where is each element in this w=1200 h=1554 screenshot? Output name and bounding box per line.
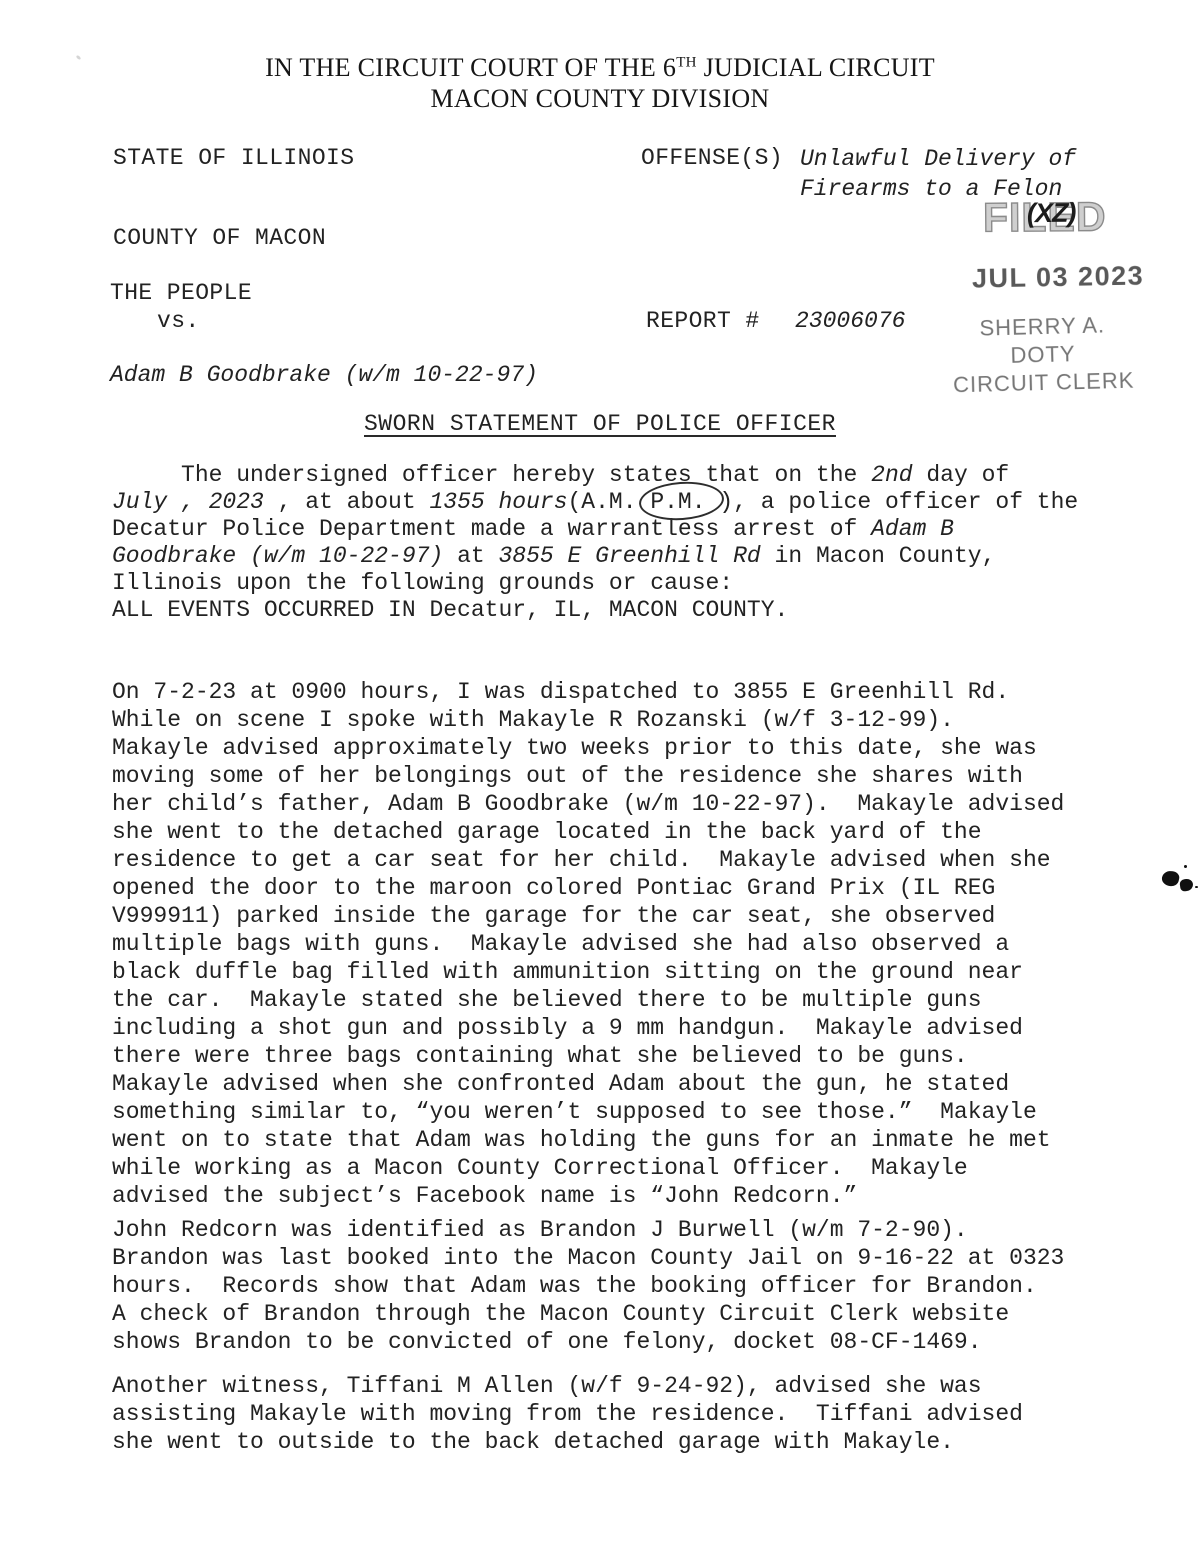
document-page: IN THE CIRCUIT COURT OF THE 6TH JUDICIAL… xyxy=(0,0,1200,1554)
intro-day-value: 2nd xyxy=(871,462,912,488)
narrative-paragraph-2: John Redcorn was identified as Brandon J… xyxy=(112,1216,1122,1356)
filed-stamp: FILED (XZ) xyxy=(983,193,1107,241)
ink-blob xyxy=(1161,869,1181,887)
caption-vs: vs. xyxy=(157,307,200,335)
intro-address-value: 3855 E Greenhill Rd xyxy=(498,543,760,569)
intro-seg-1: The undersigned officer hereby states th… xyxy=(112,462,871,488)
court-title-line1-text: IN THE CIRCUIT COURT OF THE 6 xyxy=(265,53,676,82)
narrative-paragraph-3: Another witness, Tiffani M Allen (w/f 9-… xyxy=(112,1372,1122,1456)
ink-speck xyxy=(1195,886,1198,888)
caption-state: STATE OF ILLINOIS xyxy=(113,144,354,172)
intro-paragraph: The undersigned officer hereby states th… xyxy=(112,462,1122,624)
report-label: REPORT # xyxy=(646,307,760,335)
filed-handwritten-note: (XZ) xyxy=(1027,198,1076,229)
court-title-line1: IN THE CIRCUIT COURT OF THE 6TH JUDICIAL… xyxy=(0,52,1200,83)
ink-speck xyxy=(1184,865,1187,868)
intro-seg-3: day of xyxy=(913,462,1010,488)
intro-am-label: (A.M. xyxy=(568,489,651,515)
circuit-clerk-stamp: SHERRY A. DOTY CIRCUIT CLERK xyxy=(947,311,1139,400)
court-title-line1-tail: JUDICIAL CIRCUIT xyxy=(697,53,935,82)
offense-label: OFFENSE(S) xyxy=(641,144,783,172)
court-title-line2: MACON COUNTY DIVISION xyxy=(0,83,1200,114)
intro-seg-11: at xyxy=(443,543,498,569)
intro-seg-5: , at about xyxy=(278,489,430,515)
ordinal-superscript: TH xyxy=(676,54,697,70)
clerk-name: SHERRY A. DOTY xyxy=(947,311,1138,372)
caption-county: COUNTY OF MACON xyxy=(113,224,326,252)
caption-people: THE PEOPLE xyxy=(110,279,252,307)
intro-time-value: 1355 hours xyxy=(429,489,567,515)
intro-month-year-value: July , 2023 xyxy=(112,489,278,515)
court-header: IN THE CIRCUIT COURT OF THE 6TH JUDICIAL… xyxy=(0,52,1200,114)
pm-circled-annotation: P.M. xyxy=(650,489,705,516)
report-number: 23006076 xyxy=(795,307,905,335)
narrative-paragraph-1: On 7-2-23 at 0900 hours, I was dispatche… xyxy=(112,678,1122,1210)
caption-defendant: Adam B Goodbrake (w/m 10-22-97) xyxy=(110,361,538,389)
clerk-title: CIRCUIT CLERK xyxy=(948,367,1139,400)
filed-date-stamp: JUL 03 2023 xyxy=(972,261,1145,295)
statement-title: SWORN STATEMENT OF POLICE OFFICER xyxy=(0,410,1200,438)
ink-smudge xyxy=(1156,864,1200,900)
ink-blob xyxy=(1179,878,1194,892)
